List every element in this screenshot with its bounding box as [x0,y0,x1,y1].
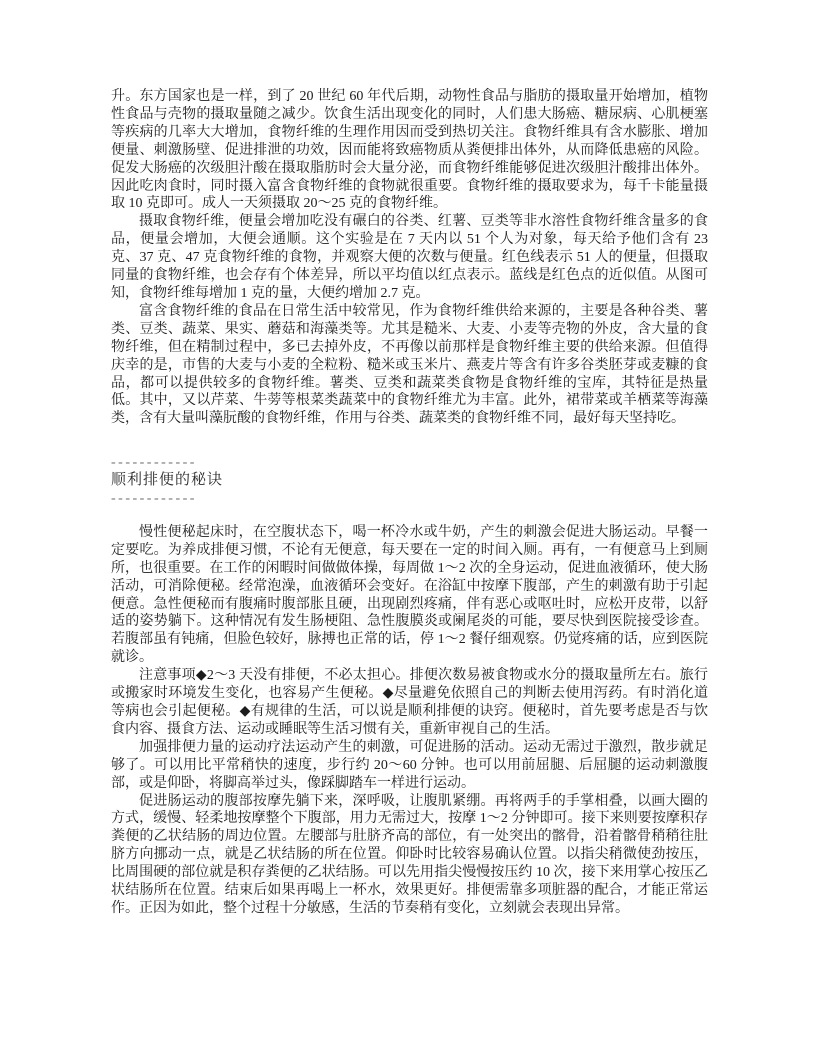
paragraph-fiber-food-sources: 富含食物纤维的食品在日常生活中较常见，作为食物纤维供给来源的，主要是各种谷类、薯… [111,303,708,428]
paragraph-abdominal-massage: 促进肠运动的腹部按摩先躺下来，深呼吸，让腹肌紧绷。再将两手的手掌相叠，以画大圈的… [111,793,708,918]
paragraph-chronic-acute-constipation: 慢性便秘起床时，在空腹状态下，喝一杯冷水或牛奶，产生的刺激会促进大肠运动。早餐一… [111,524,708,667]
paragraph-fiber-stool-experiment: 摄取食物纤维，便量会增加吃没有碾白的谷类、红薯、豆类等非水溶性食物纤维含量多的食… [111,213,708,303]
document-content: 升。东方国家也是一样，到了 20 世纪 60 年代后期，动物性食品与脂肪的摄取量… [111,88,708,918]
section-heading-block: ------------ 顺利排便的秘诀 ------------ [111,454,708,508]
divider-dashes-bottom: ------------ [111,490,708,508]
divider-dashes-top: ------------ [111,454,708,472]
document-page: 升。东方国家也是一样，到了 20 世纪 60 年代后期，动物性食品与脂肪的摄取量… [0,0,816,1056]
paragraph-continuation-fiber-intake: 升。东方国家也是一样，到了 20 世纪 60 年代后期，动物性食品与脂肪的摄取量… [111,88,708,213]
paragraph-precautions: 注意事项◆2～3 天没有排便，不必太担心。排便次数易被食物或水分的摄取量所左右。… [111,667,708,739]
paragraph-exercise-therapy: 加强排便力量的运动疗法运动产生的刺激，可促进肠的活动。运动无需过于激烈，散步就足… [111,739,708,793]
section-title: 顺利排便的秘诀 [111,472,708,490]
